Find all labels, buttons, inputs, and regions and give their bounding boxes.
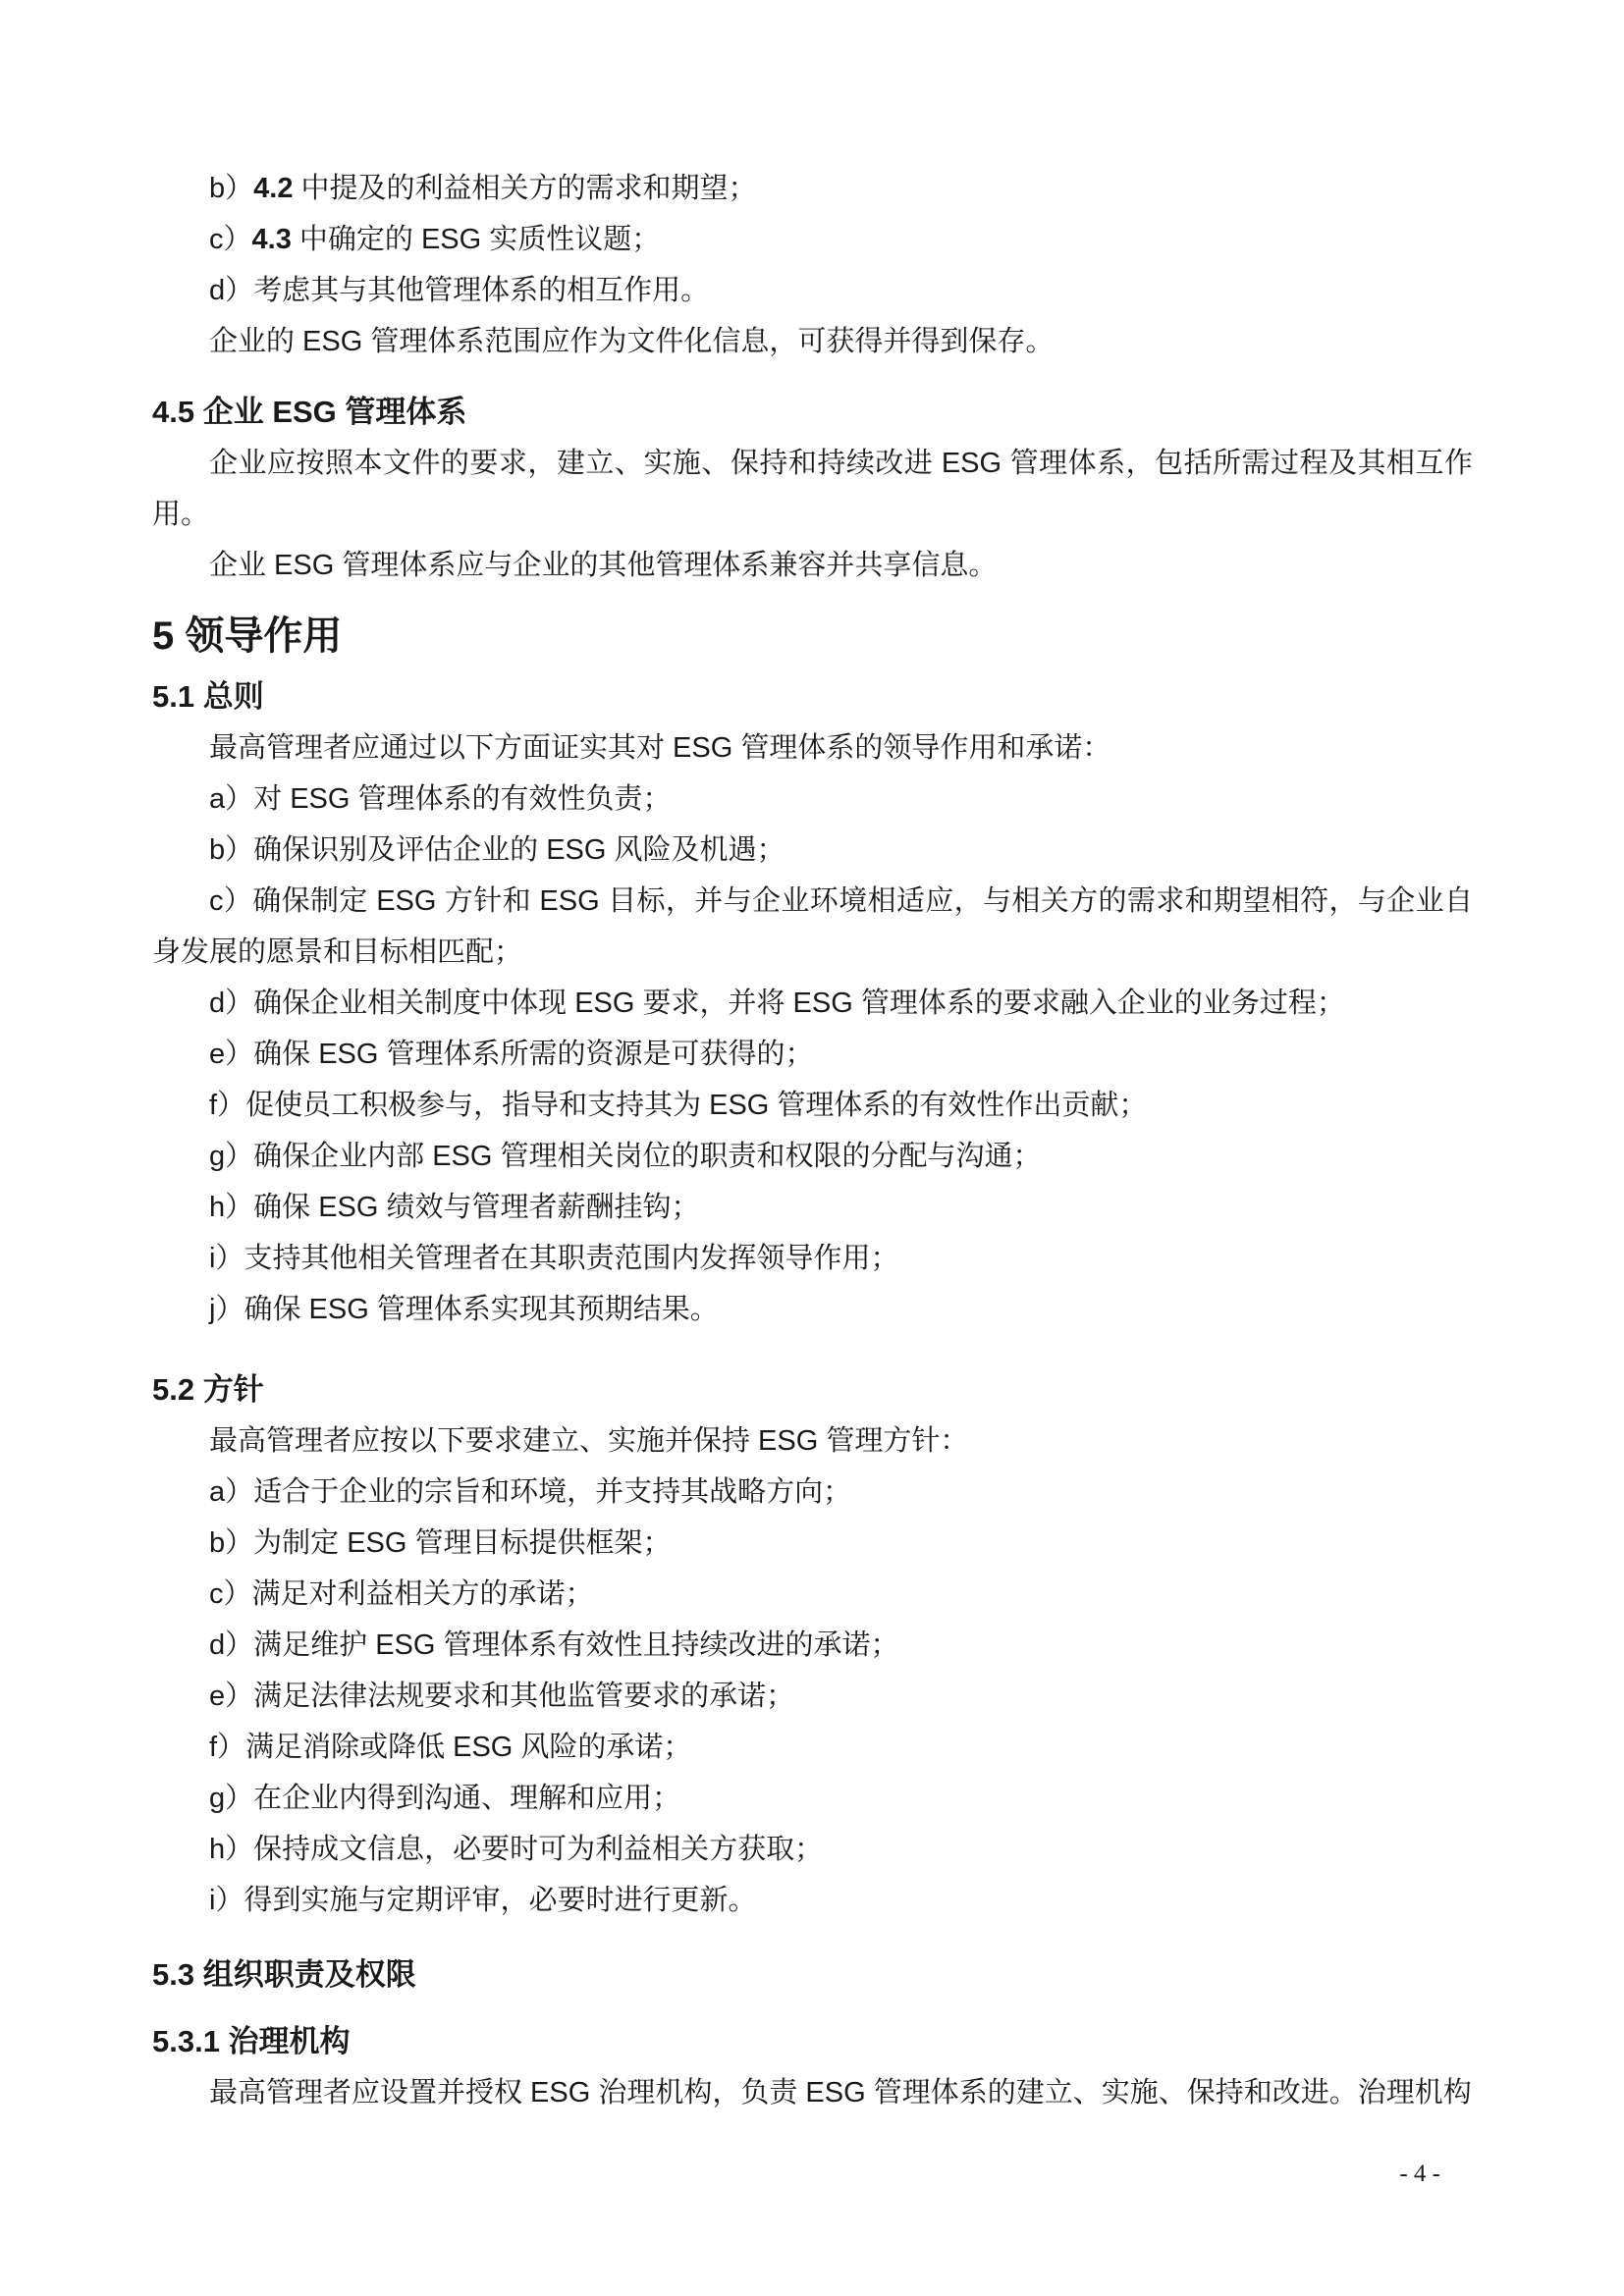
list-item-5-2-g: g）在企业内得到沟通、理解和应用；	[152, 1773, 1473, 1824]
section-5-3-1-paragraph: 最高管理者应设置并授权 ESG 治理机构，负责 ESG 管理体系的建立、实施、保…	[152, 2067, 1473, 2118]
item-text: 满足对利益相关方的承诺；	[252, 1578, 594, 1610]
item-marker: j）	[209, 1294, 244, 1325]
section-4-5-paragraph-2: 企业 ESG 管理体系应与企业的其他管理体系兼容并共享信息。	[152, 540, 1473, 591]
item-marker: i）	[209, 1243, 244, 1274]
page-content: b）4.2 中提及的利益相关方的需求和期望； c）4.3 中确定的 ESG 实质…	[152, 0, 1473, 2118]
item-text: 确保制定 ESG 方针和 ESG 目标，并与企业环境相适应，与相关方的需求和期望…	[152, 885, 1473, 968]
item-text: 满足维护 ESG 管理体系有效性且持续改进的承诺；	[253, 1629, 898, 1661]
list-item-5-1-i: i）支持其他相关管理者在其职责范围内发挥领导作用；	[152, 1233, 1473, 1284]
item-marker: g）	[209, 1783, 253, 1814]
item-text: 确保 ESG 管理体系所需的资源是可获得的；	[253, 1039, 813, 1070]
item-marker: a）	[209, 783, 253, 815]
item-text: 满足消除或降低 ESG 风险的承诺；	[245, 1732, 691, 1763]
item-text: 考虑其与其他管理体系的相互作用。	[253, 275, 709, 306]
list-item-5-1-a: a）对 ESG 管理体系的有效性负责；	[152, 774, 1473, 825]
item-text: 支持其他相关管理者在其职责范围内发挥领导作用；	[244, 1243, 898, 1274]
item-text: 中确定的 ESG 实质性议题；	[292, 224, 660, 255]
section-heading-5-1: 5.1 总则	[152, 671, 1473, 722]
scope-paragraph: 企业的 ESG 管理体系范围应作为文件化信息，可获得并得到保存。	[152, 316, 1473, 367]
list-item-5-2-c: c）满足对利益相关方的承诺；	[152, 1569, 1473, 1620]
item-marker: a）	[209, 1476, 253, 1508]
list-item-5-1-j: j）确保 ESG 管理体系实现其预期结果。	[152, 1284, 1473, 1335]
item-marker: f）	[209, 1090, 245, 1121]
item-marker: c）	[209, 1578, 252, 1610]
item-text: 确保识别及评估企业的 ESG 风险及机遇；	[253, 834, 785, 866]
section-heading-4-5: 4.5 企业 ESG 管理体系	[152, 387, 1473, 438]
item-marker: h）	[209, 1192, 253, 1223]
list-item-5-2-f: f）满足消除或降低 ESG 风险的承诺；	[152, 1722, 1473, 1773]
item-text: 对 ESG 管理体系的有效性负责；	[253, 783, 671, 815]
item-marker: d）	[209, 988, 253, 1019]
item-text: 确保 ESG 管理体系实现其预期结果。	[244, 1294, 718, 1325]
item-marker: e）	[209, 1681, 253, 1712]
list-item-5-1-e: e）确保 ESG 管理体系所需的资源是可获得的；	[152, 1029, 1473, 1080]
section-heading-5-3: 5.3 组织职责及权限	[152, 1949, 1473, 2001]
list-item-5-1-g: g）确保企业内部 ESG 管理相关岗位的职责和权限的分配与沟通；	[152, 1131, 1473, 1182]
list-item-5-2-b: b）为制定 ESG 管理目标提供框架；	[152, 1518, 1473, 1569]
item-text: 保持成文信息，必要时可为利益相关方获取；	[253, 1834, 823, 1865]
item-text: 适合于企业的宗旨和环境，并支持其战略方向；	[253, 1476, 851, 1508]
section-5-2-lead: 最高管理者应按以下要求建立、实施并保持 ESG 管理方针：	[152, 1415, 1473, 1467]
item-marker: d）	[209, 275, 253, 306]
item-text: 得到实施与定期评审，必要时进行更新。	[244, 1885, 756, 1916]
clause-ref: 4.3	[252, 224, 292, 255]
section-5-1-lead: 最高管理者应通过以下方面证实其对 ESG 管理体系的领导作用和承诺：	[152, 722, 1473, 774]
page-number: - 4 -	[1399, 2156, 1440, 2193]
section-heading-5-3-1: 5.3.1 治理机构	[152, 2016, 1473, 2067]
item-marker: d）	[209, 1629, 253, 1661]
item-text: 满足法律法规要求和其他监管要求的承诺；	[253, 1681, 794, 1712]
item-text: 在企业内得到沟通、理解和应用；	[253, 1783, 680, 1814]
list-item-5-2-h: h）保持成文信息，必要时可为利益相关方获取；	[152, 1824, 1473, 1875]
list-item-5-1-f: f）促使员工积极参与，指导和支持其为 ESG 管理体系的有效性作出贡献；	[152, 1080, 1473, 1131]
section-heading-5-2: 5.2 方针	[152, 1364, 1473, 1415]
section-4-5-paragraph-1: 企业应按照本文件的要求，建立、实施、保持和持续改进 ESG 管理体系，包括所需过…	[152, 438, 1473, 540]
item-marker: h）	[209, 1834, 253, 1865]
document-page: b）4.2 中提及的利益相关方的需求和期望； c）4.3 中确定的 ESG 实质…	[0, 0, 1624, 2296]
item-marker: c）	[209, 224, 252, 255]
list-item-5-1-b: b）确保识别及评估企业的 ESG 风险及机遇；	[152, 825, 1473, 876]
item-text: 确保 ESG 绩效与管理者薪酬挂钩；	[253, 1192, 699, 1223]
list-item-5-1-c: c）确保制定 ESG 方针和 ESG 目标，并与企业环境相适应，与相关方的需求和…	[152, 876, 1473, 978]
scope-item-d: d）考虑其与其他管理体系的相互作用。	[152, 265, 1473, 316]
item-marker: b）	[209, 1527, 253, 1559]
list-item-5-2-d: d）满足维护 ESG 管理体系有效性且持续改进的承诺；	[152, 1620, 1473, 1671]
item-text: 中提及的利益相关方的需求和期望；	[293, 173, 756, 204]
item-marker: c）	[209, 885, 252, 917]
list-item-5-1-h: h）确保 ESG 绩效与管理者薪酬挂钩；	[152, 1182, 1473, 1233]
item-marker: b）	[209, 173, 253, 204]
item-marker: i）	[209, 1885, 244, 1916]
item-text: 促使员工积极参与，指导和支持其为 ESG 管理体系的有效性作出贡献；	[245, 1090, 1147, 1121]
list-item-5-2-e: e）满足法律法规要求和其他监管要求的承诺；	[152, 1671, 1473, 1722]
chapter-heading-5: 5 领导作用	[152, 601, 1473, 671]
item-marker: f）	[209, 1732, 245, 1763]
scope-item-c: c）4.3 中确定的 ESG 实质性议题；	[152, 214, 1473, 265]
clause-ref: 4.2	[253, 173, 293, 204]
list-item-5-2-i: i）得到实施与定期评审，必要时进行更新。	[152, 1875, 1473, 1926]
item-marker: b）	[209, 834, 253, 866]
list-item-5-1-d: d）确保企业相关制度中体现 ESG 要求，并将 ESG 管理体系的要求融入企业的…	[152, 978, 1473, 1029]
item-marker: g）	[209, 1141, 253, 1172]
item-text: 确保企业内部 ESG 管理相关岗位的职责和权限的分配与沟通；	[253, 1141, 1041, 1172]
item-text: 确保企业相关制度中体现 ESG 要求，并将 ESG 管理体系的要求融入企业的业务…	[253, 988, 1345, 1019]
scope-item-b: b）4.2 中提及的利益相关方的需求和期望；	[152, 163, 1473, 214]
list-item-5-2-a: a）适合于企业的宗旨和环境，并支持其战略方向；	[152, 1467, 1473, 1518]
item-marker: e）	[209, 1039, 253, 1070]
item-text: 为制定 ESG 管理目标提供框架；	[253, 1527, 671, 1559]
